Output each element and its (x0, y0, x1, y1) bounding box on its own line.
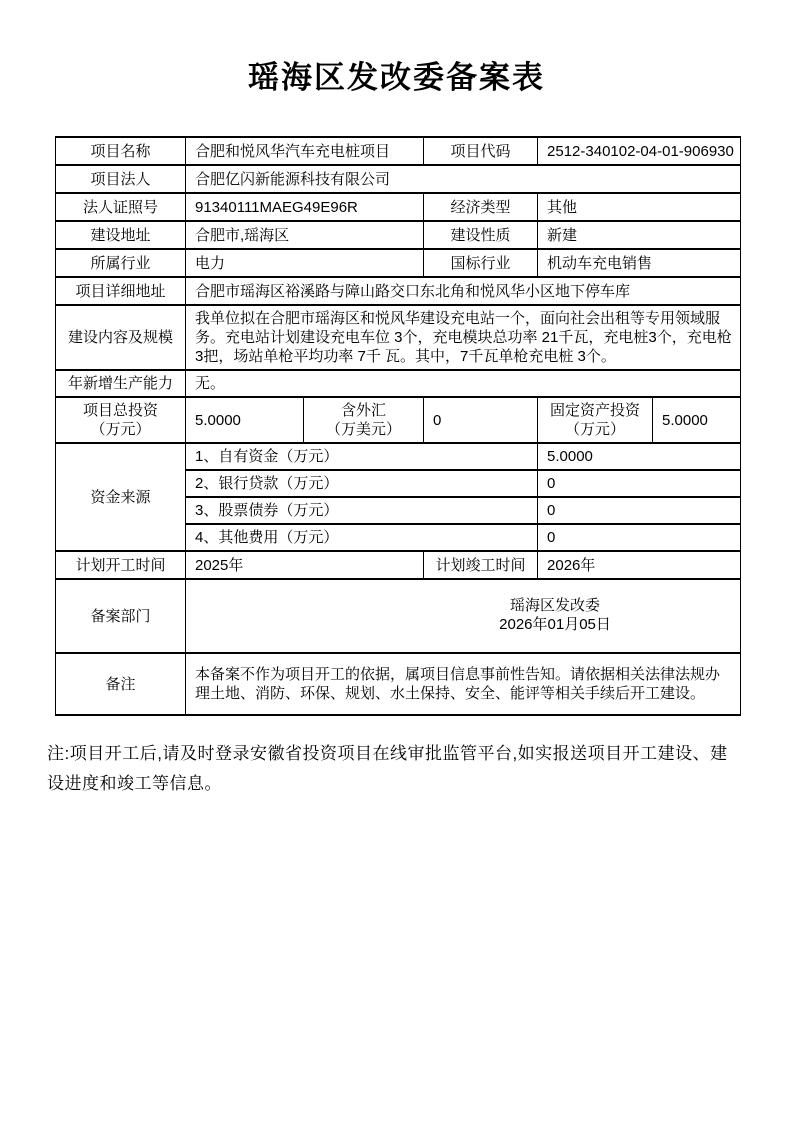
value-new-capacity: 无。 (186, 370, 741, 397)
funds-item-1-value: 5.0000 (538, 443, 741, 470)
value-license-no: 91340111MAEG49E96R (186, 193, 424, 221)
label-new-capacity: 年新增生产能力 (56, 370, 186, 397)
value-foreign-exchange: 0 (424, 397, 538, 443)
value-scope: 我单位拟在合肥市瑶海区和悦风华建设充电站一个，面向社会出租等专用领域服务。充电站… (186, 305, 741, 370)
row-industry: 所属行业 电力 国标行业 机动车充电销售 (56, 249, 741, 277)
label-license-no: 法人证照号 (56, 193, 186, 221)
value-start-time: 2025年 (186, 551, 424, 579)
value-build-nature: 新建 (538, 221, 741, 249)
value-project-code: 2512-340102-04-01-906930 (538, 137, 741, 165)
value-detail-address: 合肥市瑶海区裕溪路与障山路交口东北角和悦风华小区地下停车库 (186, 277, 741, 305)
funds-item-4-name: 4、其他费用（万元） (186, 524, 538, 551)
value-industry: 电力 (186, 249, 424, 277)
row-license-no: 法人证照号 91340111MAEG49E96R 经济类型 其他 (56, 193, 741, 221)
page-title: 瑶海区发改委备案表 (0, 58, 793, 98)
label-start-time: 计划开工时间 (56, 551, 186, 579)
filing-form-table: 项目名称 合肥和悦风华汽车充电桩项目 项目代码 2512-340102-04-0… (55, 136, 741, 716)
value-total-investment: 5.0000 (186, 397, 304, 443)
label-build-nature: 建设性质 (424, 221, 538, 249)
label-fixed-assets: 固定资产投资 （万元） (538, 397, 653, 443)
value-finish-time: 2026年 (538, 551, 741, 579)
label-economic-type: 经济类型 (424, 193, 538, 221)
funds-item-4-value: 0 (538, 524, 741, 551)
funds-item-2-value: 0 (538, 470, 741, 497)
row-project-name: 项目名称 合肥和悦风华汽车充电桩项目 项目代码 2512-340102-04-0… (56, 137, 741, 165)
label-project-code: 项目代码 (424, 137, 538, 165)
row-investment: 项目总投资 （万元） 5.0000 含外汇 （万美元） 0 固定资产投资 （万元… (56, 397, 741, 443)
label-filing-dept: 备案部门 (56, 579, 186, 653)
label-legal-person: 项目法人 (56, 165, 186, 193)
value-national-industry: 机动车充电销售 (538, 249, 741, 277)
row-funds-1: 资金来源 1、自有资金（万元） 5.0000 (56, 443, 741, 470)
row-remarks: 备注 本备案不作为项目开工的依据，属项目信息事前性告知。请依据相关法律法规办理土… (56, 653, 741, 715)
document-page: 瑶海区发改委备案表 项目名称 合肥和悦风华汽车充电桩项目 项目代码 2512-3… (0, 0, 793, 1122)
label-foreign-exchange: 含外汇 （万美元） (304, 397, 424, 443)
value-fixed-assets: 5.0000 (653, 397, 741, 443)
label-remarks: 备注 (56, 653, 186, 715)
value-project-name: 合肥和悦风华汽车充电桩项目 (186, 137, 424, 165)
label-scope: 建设内容及规模 (56, 305, 186, 370)
row-legal-person: 项目法人 合肥亿闪新能源科技有限公司 (56, 165, 741, 193)
value-build-address: 合肥市,瑶海区 (186, 221, 424, 249)
label-detail-address: 项目详细地址 (56, 277, 186, 305)
label-funds-source: 资金来源 (56, 443, 186, 551)
label-industry: 所属行业 (56, 249, 186, 277)
row-schedule: 计划开工时间 2025年 计划竣工时间 2026年 (56, 551, 741, 579)
value-economic-type: 其他 (538, 193, 741, 221)
row-scope: 建设内容及规模 我单位拟在合肥市瑶海区和悦风华建设充电站一个，面向社会出租等专用… (56, 305, 741, 370)
label-total-investment: 项目总投资 （万元） (56, 397, 186, 443)
funds-item-3-name: 3、股票债券（万元） (186, 497, 538, 524)
label-finish-time: 计划竣工时间 (424, 551, 538, 579)
value-filing-dept: 瑶海区发改委 2026年01月05日 (186, 579, 741, 653)
label-project-name: 项目名称 (56, 137, 186, 165)
funds-item-2-name: 2、银行贷款（万元） (186, 470, 538, 497)
label-national-industry: 国标行业 (424, 249, 538, 277)
footnote: 注:项目开工后,请及时登录安徽省投资项目在线审批监管平台,如实报送项目开工建设、… (47, 739, 745, 799)
funds-item-3-value: 0 (538, 497, 741, 524)
funds-item-1-name: 1、自有资金（万元） (186, 443, 538, 470)
row-build-address: 建设地址 合肥市,瑶海区 建设性质 新建 (56, 221, 741, 249)
row-detail-address: 项目详细地址 合肥市瑶海区裕溪路与障山路交口东北角和悦风华小区地下停车库 (56, 277, 741, 305)
label-build-address: 建设地址 (56, 221, 186, 249)
row-new-capacity: 年新增生产能力 无。 (56, 370, 741, 397)
value-remarks: 本备案不作为项目开工的依据，属项目信息事前性告知。请依据相关法律法规办理土地、消… (186, 653, 741, 715)
row-filing-dept: 备案部门 瑶海区发改委 2026年01月05日 (56, 579, 741, 653)
value-legal-person: 合肥亿闪新能源科技有限公司 (186, 165, 741, 193)
